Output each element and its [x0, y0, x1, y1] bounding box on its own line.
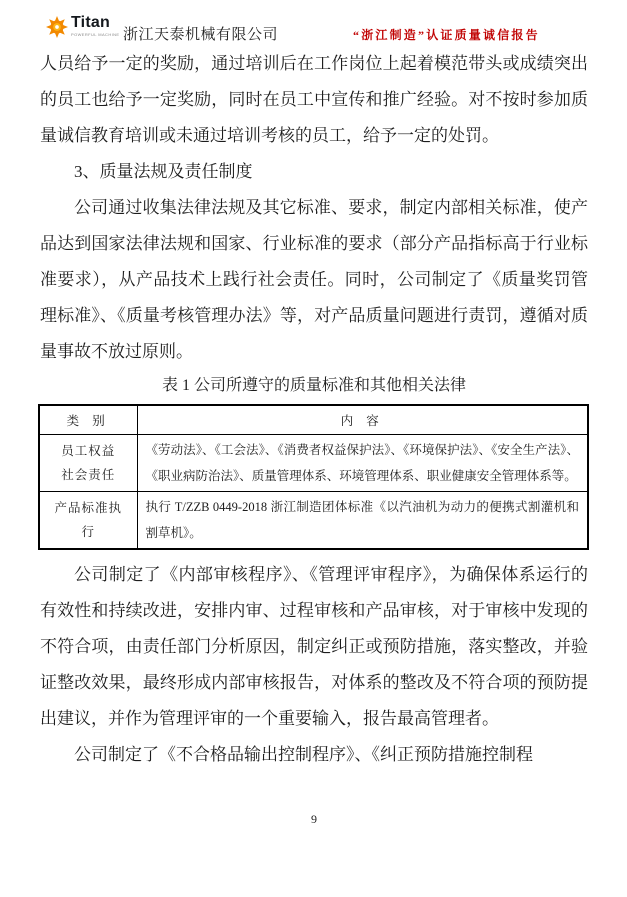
standards-table: 类 别 内 容 员工权益 社会责任 《劳动法》、《工会法》、《消费者权益保护法》… — [38, 404, 589, 550]
paragraph-nonconforming-control: 公司制定了《不合格品输出控制程序》、《纠正预防措施控制程 — [40, 737, 588, 773]
paragraph-internal-audit: 公司制定了《内部审核程序》、《管理评审程序》，为确保体系运行的有效性和持续改进，… — [40, 557, 588, 737]
paragraph-continuation: 人员给予一定的奖励，通过培训后在工作岗位上起着模范带头或成绩突出的员工也给予一定… — [40, 46, 588, 154]
table-row: 员工权益 社会责任 《劳动法》、《工会法》、《消费者权益保护法》、《环境保护法》… — [39, 435, 588, 492]
table-row: 产品标准执行 执行 T/ZZB 0449-2018 浙江制造团体标准《以汽油机为… — [39, 492, 588, 550]
logo-text-block: Titan POWERFUL MACHINE — [71, 15, 119, 37]
page-footer: 9 — [40, 812, 588, 827]
section-heading-3: 3、质量法规及责任制度 — [40, 154, 588, 190]
logo-brand-text: Titan — [71, 15, 119, 31]
table-header-row: 类 别 内 容 — [39, 405, 588, 435]
table-caption: 表 1 公司所遵守的质量标准和其他相关法律 — [40, 371, 588, 401]
column-header-content: 内 容 — [137, 405, 588, 435]
row-content: 执行 T/ZZB 0449-2018 浙江制造团体标准《以汽油机为动力的便携式割… — [137, 492, 588, 550]
row-content: 《劳动法》、《工会法》、《消费者权益保护法》、《环境保护法》、《安全生产法》、《… — [137, 435, 588, 492]
logo-tagline-text: POWERFUL MACHINE — [71, 33, 119, 37]
column-header-category: 类 别 — [39, 405, 137, 435]
gear-icon — [46, 16, 68, 38]
row-category: 员工权益 社会责任 — [39, 435, 137, 492]
page-number: 9 — [311, 812, 317, 826]
document-body: 人员给予一定的奖励，通过培训后在工作岗位上起着模范带头或成绩突出的员工也给予一定… — [40, 46, 588, 773]
report-title: “浙江制造”认证质量诚信报告 — [353, 26, 540, 43]
row-category: 产品标准执行 — [39, 492, 137, 550]
company-name: 浙江天泰机械有限公司 — [123, 23, 278, 44]
document-page: Titan POWERFUL MACHINE 浙江天泰机械有限公司 “浙江制造”… — [0, 0, 627, 897]
titan-logo: Titan POWERFUL MACHINE — [46, 15, 119, 38]
paragraph-quality-laws: 公司通过收集法律法规及其它标准、要求，制定内部相关标准，使产品达到国家法律法规和… — [40, 190, 588, 370]
